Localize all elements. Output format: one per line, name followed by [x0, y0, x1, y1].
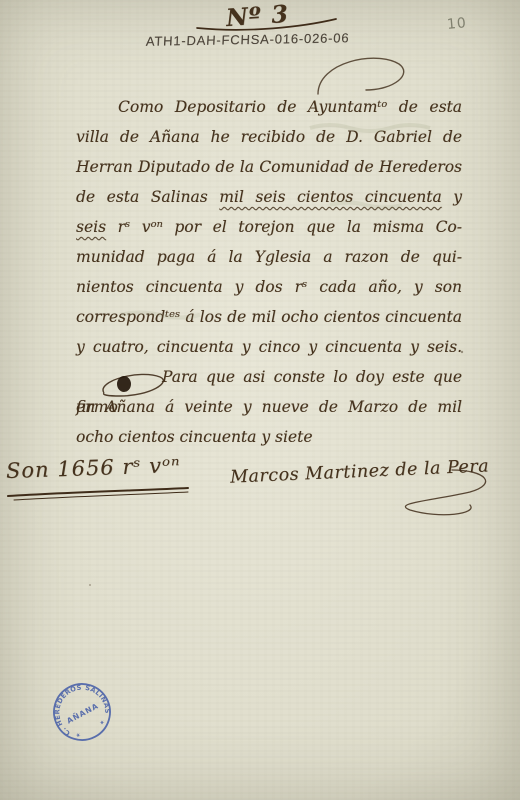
text-segment: de esta Salinas [76, 188, 219, 206]
text-segment: rˢ vᵒⁿ por el torejon que la misma Co- [106, 218, 462, 236]
manuscript-body: Como Depositario de Ayuntamᵗᵒ de esta vi… [76, 92, 462, 452]
text-line: nientos cincuenta y dos rˢ cada año, y s… [76, 272, 462, 302]
text-line: villa de Añana he recibido de D. Gabriel… [76, 122, 462, 152]
text-line: Herran Diputado de la Comunidad de Hered… [76, 152, 462, 182]
text-line: y cuatro, cincuenta y cinco y cincuenta … [76, 332, 462, 362]
ink-speck [89, 584, 91, 586]
decorative-flourish [318, 58, 404, 94]
text-segment: y [442, 188, 462, 206]
archive-stamp: C. HEREDEROS SALINAS AÑANA ✶ ✶ [20, 650, 144, 774]
text-line: Como Depositario de Ayuntamᵗᵒ de esta [76, 92, 462, 122]
amount-underline [8, 488, 188, 496]
manuscript-page: Nº 3 ATH1-DAH-FCHSA-016-026-06 10 Como D… [0, 0, 520, 800]
total-amount: Son 1656 rˢ vᵒⁿ [6, 453, 181, 483]
header-number: Nº 3 [225, 0, 290, 32]
text-line: correspondᵗᵉˢ á los de mil ocho cientos … [76, 302, 462, 332]
text-line: Para que asi conste lo doy este que firm… [76, 362, 462, 392]
stamp-center-text: AÑANA [65, 701, 100, 725]
amount-underline-2 [14, 492, 188, 500]
archival-reference-code: ATH1-DAH-FCHSA-016-026-06 [145, 30, 349, 49]
text-line: de esta Salinas mil seis cientos cincuen… [76, 182, 462, 212]
underlined-amount-text: mil seis cientos cincuenta [219, 188, 441, 206]
text-line: seis rˢ vᵒⁿ por el torejon que la misma … [76, 212, 462, 242]
underlined-amount-text: seis [76, 218, 106, 236]
text-line: ocho cientos cincuenta y siete [76, 422, 462, 452]
folio-number: 10 [446, 15, 467, 33]
text-line: en Añana á veinte y nueve de Marzo de mi… [76, 392, 462, 422]
signature: Marcos Martinez de la Pera [230, 456, 490, 487]
text-line: munidad paga á la Yglesia a razon de qui… [76, 242, 462, 272]
